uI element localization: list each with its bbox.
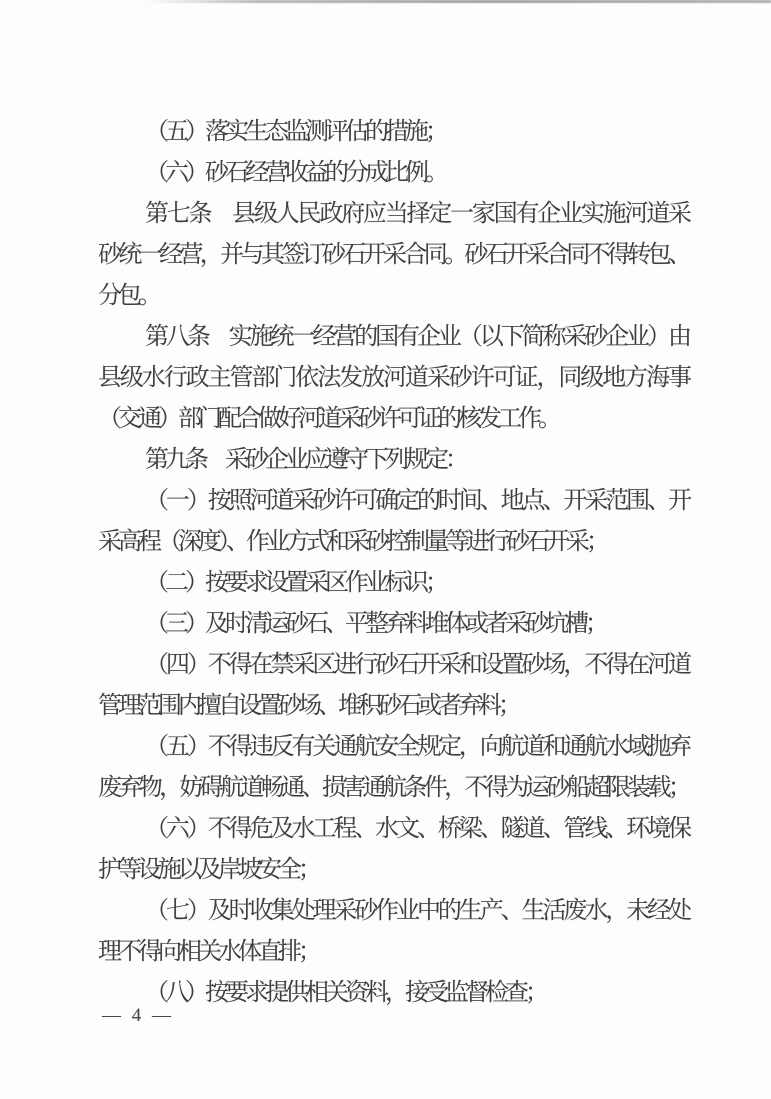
document-line: （五）落实生态监测评估的措施； — [98, 112, 688, 153]
document-line: 砂统一经营，并与其签订砂石开采合同。砂石开采合同不得转包、 — [98, 235, 688, 276]
document-line: 第八条 实施统一经营的国有企业（以下简称采砂企业）由 — [98, 317, 688, 358]
document-line: 第七条 县级人民政府应当择定一家国有企业实施河道采 — [98, 194, 688, 235]
document-line: （三）及时清运砂石、平整弃料堆体或者采砂坑槽； — [98, 604, 688, 645]
document-line: 采高程（深度）、作业方式和采砂控制量等进行砂石开采； — [98, 522, 688, 563]
document-line: 理不得向相关水体直排； — [98, 932, 688, 973]
document-text-block: （五）落实生态监测评估的措施； （六）砂石经营收益的分成比例。 第七条 县级人民… — [98, 112, 688, 1014]
document-line: 护等设施以及岸坡安全； — [98, 850, 688, 891]
document-line: （六）不得危及水工程、水文、桥梁、隧道、管线、环境保 — [98, 809, 688, 850]
document-line: （六）砂石经营收益的分成比例。 — [98, 153, 688, 194]
document-line: 第九条 采砂企业应遵守下列规定： — [98, 440, 688, 481]
document-line: 废弃物，妨碍航道畅通、损害通航条件，不得为运砂船超限装载； — [98, 768, 688, 809]
document-page: （五）落实生态监测评估的措施； （六）砂石经营收益的分成比例。 第七条 县级人民… — [0, 0, 771, 1099]
scan-edge-artifact — [145, 0, 771, 3]
document-line: 县级水行政主管部门依法发放河道采砂许可证，同级地方海事 — [98, 358, 688, 399]
document-line: 管理范围内擅自设置砂场、堆积砂石或者弃料； — [98, 686, 688, 727]
document-line: （一）按照河道采砂许可确定的时间、地点、开采范围、开 — [98, 481, 688, 522]
document-line: （交通）部门配合做好河道采砂许可证的核发工作。 — [98, 399, 688, 440]
document-line: （五）不得违反有关通航安全规定，向航道和通航水域抛弃 — [98, 727, 688, 768]
scan-noise-artifact — [0, 1045, 771, 1065]
document-line: 分包。 — [98, 276, 688, 317]
document-line: （七）及时收集处理采砂作业中的生产、生活废水，未经处 — [98, 891, 688, 932]
document-line: （二）按要求设置采区作业标识； — [98, 563, 688, 604]
document-line: （八）按要求提供相关资料，接受监督检查； — [98, 973, 688, 1014]
page-number: — 4 — — [102, 1005, 174, 1027]
document-line: （四）不得在禁采区进行砂石开采和设置砂场，不得在河道 — [98, 645, 688, 686]
